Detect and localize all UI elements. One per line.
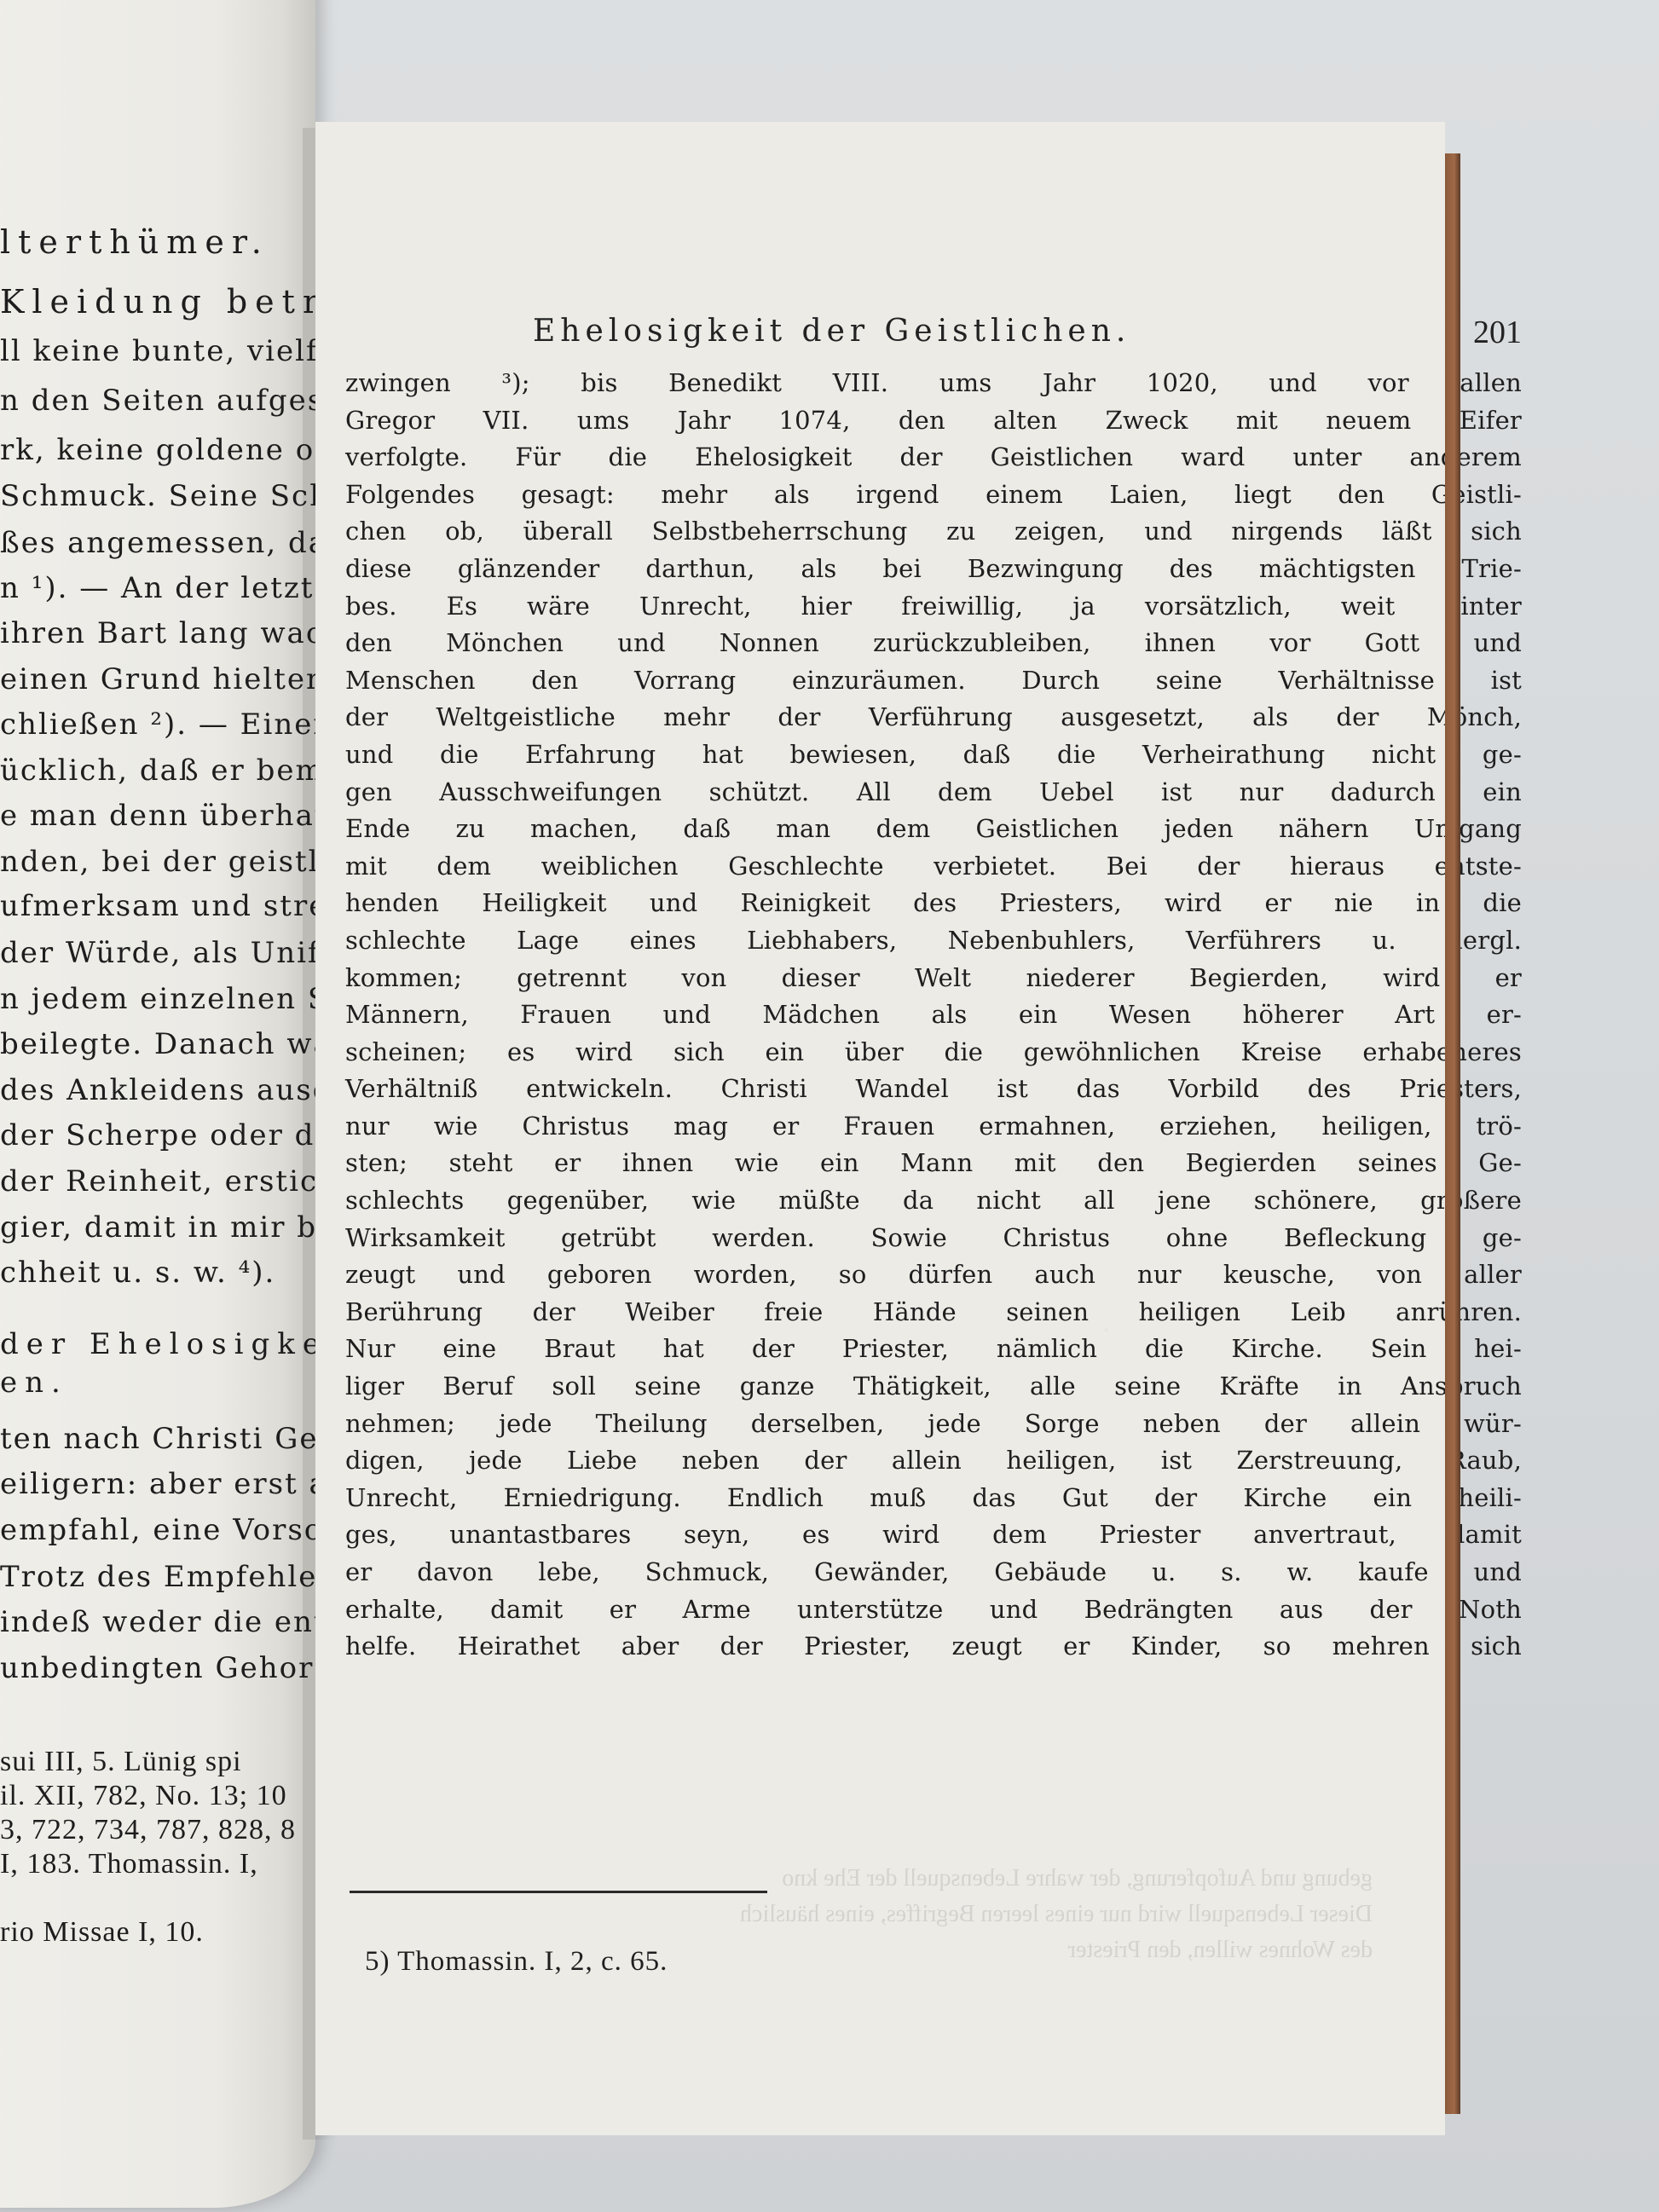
- body-line: Menschen den Vorrang einzuräumen. Durch …: [345, 662, 1522, 700]
- left-body-line: unbedingten Gehorsam: [0, 1651, 315, 1685]
- body-line: schlechte Lage eines Liebhabers, Nebenbu…: [345, 922, 1522, 960]
- left-body-line: indeß weder die entgegen: [0, 1605, 315, 1639]
- left-body-line: eiligern: aber erst allmä: [0, 1467, 315, 1501]
- left-body-line: n den Seiten aufgeschlitzte: [0, 384, 315, 418]
- left-body-line: Trotz des Empfehlens,: [0, 1560, 315, 1594]
- body-line: Berührung der Weiber freie Hände seinen …: [345, 1294, 1522, 1331]
- body-line: Gregor VII. ums Jahr 1074, den alten Zwe…: [345, 402, 1522, 440]
- left-body-line: ßes angemessen, das Haa: [0, 526, 315, 560]
- body-line: ges, unantastbares seyn, es wird dem Pri…: [345, 1516, 1522, 1554]
- left-body-line: ihren Bart lang wachsen: [0, 616, 315, 650]
- body-line: nur wie Christus mag er Frauen ermahnen,…: [345, 1108, 1522, 1146]
- body-line: nehmen; jede Theilung derselben, jede So…: [345, 1406, 1522, 1443]
- footnote: 5) Thomassin. I, 2, c. 65.: [365, 1946, 668, 1978]
- body-line: und die Erfahrung hat bewiesen, daß die …: [345, 736, 1522, 774]
- page-number: 201: [1473, 314, 1522, 351]
- left-body-line: einen Grund hielten, die La: [0, 662, 315, 696]
- left-body-line: empfahl, eine Vorschrift,: [0, 1513, 315, 1547]
- left-body-line: der Ehelosigkeit der: [0, 1327, 315, 1361]
- left-footnote-line: 3, 722, 734, 787, 828, 8: [0, 1814, 296, 1846]
- body-line: zwingen ³); bis Benedikt VIII. ums Jahr …: [345, 365, 1522, 402]
- body-line: kommen; getrennt von dieser Welt niedere…: [345, 960, 1522, 997]
- left-body-line: der Reinheit, erstickein: [0, 1164, 315, 1198]
- body-line: mit dem weiblichen Geschlechte verbietet…: [345, 848, 1522, 886]
- left-body-line: des Ankleidens ausgespr: [0, 1073, 315, 1107]
- body-line: Wirksamkeit getrübt werden. Sowie Christ…: [345, 1220, 1522, 1257]
- body-line: zeugt und geboren worden, so dürfen auch…: [345, 1256, 1522, 1294]
- left-body-line: der Scherpe oder des Gür: [0, 1118, 315, 1152]
- left-body-line: der Würde, als Uniform: [0, 936, 315, 970]
- left-body-line: e man denn überhaupt, u: [0, 799, 315, 833]
- left-body-line: ücklich, daß er bemalte G: [0, 754, 315, 788]
- body-line: er davon lebe, Schmuck, Gewänder, Gebäud…: [345, 1554, 1522, 1591]
- body-line: sten; steht er ihnen wie ein Mann mit de…: [345, 1145, 1522, 1182]
- body-line: helfe. Heirathet aber der Priester, zeug…: [345, 1628, 1522, 1666]
- left-body-line: rk, keine goldene oder sil: [0, 433, 315, 467]
- book-board-edge: [1445, 153, 1460, 2114]
- body-line: scheinen; es wird sich ein über die gewö…: [345, 1034, 1522, 1071]
- body-line: bes. Es wäre Unrecht, hier freiwillig, j…: [345, 588, 1522, 626]
- left-body-line: ten nach Christi Geburt: [0, 1422, 315, 1456]
- body-line: den Mönchen und Nonnen zurückzubleiben, …: [345, 625, 1522, 662]
- left-body-line: Kleidung betreffend,: [0, 283, 315, 321]
- body-line: erhalte, damit er Arme unterstütze und B…: [345, 1591, 1522, 1629]
- left-body-line: gier, damit in mir blei: [0, 1210, 315, 1245]
- left-page-curved: lterthümer.Kleidung betreffend,ll keine …: [0, 0, 315, 2208]
- body-line: Männern, Frauen und Mädchen als ein Wese…: [345, 996, 1522, 1034]
- left-body-line: n jedem einzelnen Stück: [0, 982, 315, 1016]
- body-line: diese glänzender darthun, als bei Bezwin…: [345, 551, 1522, 588]
- body-line: Nur eine Braut hat der Priester, nämlich…: [345, 1331, 1522, 1368]
- body-line: Unrecht, Erniedrigung. Endlich muß das G…: [345, 1480, 1522, 1517]
- body-line: Folgendes gesagt: mehr als irgend einem …: [345, 476, 1522, 514]
- left-body-line: chließen ²). — Einem Bi: [0, 707, 315, 742]
- left-body-line: Schmuck. Seine Schuhe m: [0, 479, 315, 513]
- left-body-line: n ¹). — An der letztern Be: [0, 571, 315, 605]
- body-line: digen, jede Liebe neben der allein heili…: [345, 1442, 1522, 1480]
- running-head: Ehelosigkeit der Geistlichen. 201: [533, 314, 1522, 356]
- right-page: Ehelosigkeit der Geistlichen. 201 zwinge…: [315, 122, 1445, 2135]
- body-line: der Weltgeistliche mehr der Verführung a…: [345, 699, 1522, 736]
- body-line: Verhältniß entwickeln. Christi Wandel is…: [345, 1071, 1522, 1108]
- left-footnote-line: il. XII, 782, No. 13; 10: [0, 1780, 287, 1812]
- body-line: liger Beruf soll seine ganze Thätigkeit,…: [345, 1368, 1522, 1406]
- left-footnote-line: sui III, 5. Lünig spi: [0, 1746, 242, 1778]
- left-body-line: nden, bei der geistlichen: [0, 845, 315, 879]
- left-body-line: lterthümer.: [0, 223, 269, 261]
- left-body-line: en.: [0, 1366, 68, 1400]
- left-body-line: beilegte. Danach waren: [0, 1027, 315, 1061]
- running-title: Ehelosigkeit der Geistlichen.: [533, 314, 1130, 349]
- body-line: gen Ausschweifungen schützt. All dem Ueb…: [345, 774, 1522, 811]
- left-footnote-line: rio Missae I, 10.: [0, 1916, 204, 1949]
- left-body-line: chheit u. s. w. ⁴).: [0, 1256, 275, 1290]
- left-body-line: ufmerksam und streng war: [0, 889, 315, 923]
- body-line: verfolgte. Für die Ehelosigkeit der Geis…: [345, 439, 1522, 476]
- footnote-rule: [350, 1891, 767, 1893]
- left-footnote-line: I, 183. Thomassin. I,: [0, 1848, 258, 1880]
- body-text: zwingen ³); bis Benedikt VIII. ums Jahr …: [345, 365, 1522, 1666]
- body-line: Ende zu machen, daß man dem Geistlichen …: [345, 811, 1522, 848]
- body-line: chen ob, überall Selbstbeherrschung zu z…: [345, 513, 1522, 551]
- left-body-line: ll keine bunte, vielfarbige,: [0, 334, 315, 368]
- body-line: henden Heiligkeit und Reinigkeit des Pri…: [345, 885, 1522, 922]
- body-line: schlechts gegenüber, wie müßte da nicht …: [345, 1182, 1522, 1220]
- show-through-line: Dieser Lebensquell wird nur eines leeren…: [350, 1897, 1373, 1932]
